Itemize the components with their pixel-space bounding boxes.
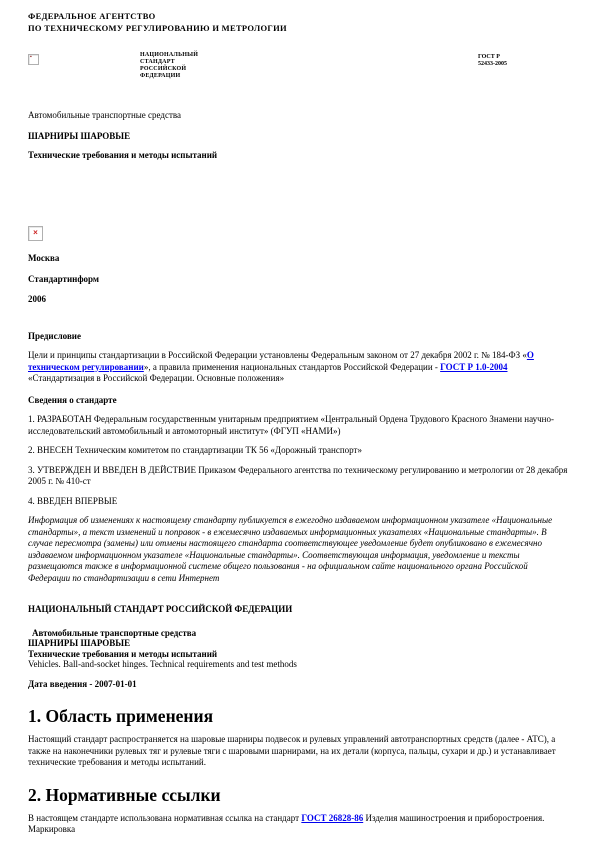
gost-code-line2: 52433-2005: [478, 61, 507, 68]
national-standard-line: ФЕДЕРАЦИИ: [140, 73, 198, 80]
standard-info-item-4: 4. ВВЕДЕН ВПЕРВЫЕ: [28, 496, 571, 508]
imprint-year: 2006: [28, 294, 571, 306]
agency-line2: ПО ТЕХНИЧЕСКОМУ РЕГУЛИРОВАНИЮ И МЕТРОЛОГ…: [28, 22, 571, 34]
national-standard-line: СТАНДАРТ: [140, 59, 198, 66]
broken-image-dot-icon: ▪: [30, 56, 34, 60]
cover-title: ШАРНИРЫ ШАРОВЫЕ: [28, 131, 571, 143]
agency-line1: ФЕДЕРАЛЬНОЕ АГЕНТСТВО: [28, 10, 571, 22]
standard-subject: Автомобильные транспортные средства: [28, 628, 571, 639]
cover-subject: Автомобильные транспортные средства: [28, 110, 571, 122]
cover-subtitle: Технические требования и методы испытани…: [28, 150, 571, 162]
amendments-note: Информация об изменениях к настоящему ст…: [28, 515, 571, 584]
broken-image-icon: ×: [28, 226, 43, 241]
gost-code-line1: ГОСТ Р: [478, 54, 507, 61]
link-gost-r-1-0-2004[interactable]: ГОСТ Р 1.0-2004: [440, 362, 507, 372]
standard-info-item-3: 3. УТВЕРЖДЕН И ВВЕДЕН В ДЕЙСТВИЕ Приказо…: [28, 465, 571, 488]
broken-image-x-icon: ×: [29, 228, 42, 238]
imprint-icon-row: ×: [28, 226, 571, 245]
section-2-heading: 2. Нормативные ссылки: [28, 785, 571, 805]
link-gost-26828-86[interactable]: ГОСТ 26828-86: [301, 813, 363, 823]
foreword-paragraph: Цели и принципы стандартизации в Российс…: [28, 350, 571, 385]
foreword-text-2: », а правила применения национальных ста…: [144, 362, 440, 372]
standard-title: ШАРНИРЫ ШАРОВЫЕ: [28, 638, 571, 649]
section-2-text-1: В настоящем стандарте использована норма…: [28, 813, 301, 823]
foreword-text-1: Цели и принципы стандартизации в Российс…: [28, 350, 527, 360]
foreword-heading: Предисловие: [28, 331, 571, 343]
agency-name: ФЕДЕРАЛЬНОЕ АГЕНТСТВО ПО ТЕХНИЧЕСКОМУ РЕ…: [28, 10, 571, 34]
foreword-text-3: «Стандартизация в Российской Федерации. …: [28, 373, 284, 383]
imprint-publisher: Стандартинформ: [28, 274, 571, 286]
effective-date: Дата введения - 2007-01-01: [28, 679, 571, 691]
document-page: ФЕДЕРАЛЬНОЕ АГЕНТСТВО ПО ТЕХНИЧЕСКОМУ РЕ…: [0, 0, 595, 842]
section-1-heading: 1. Область применения: [28, 706, 571, 726]
standard-info-item-1: 1. РАЗРАБОТАН Федеральным государственны…: [28, 414, 571, 437]
section-1-body: Настоящий стандарт распространяется на ш…: [28, 734, 571, 769]
standard-subtitle: Технические требования и методы испытани…: [28, 649, 571, 660]
gost-code: ГОСТ Р 52433-2005: [478, 54, 507, 68]
section-2-body: В настоящем стандарте использована норма…: [28, 813, 571, 836]
standard-title-block: Автомобильные транспортные средства ШАРН…: [28, 628, 571, 670]
standard-title-en: Vehicles. Ball-and-socket hinges. Techni…: [28, 659, 571, 670]
broken-image-icon: ▪: [28, 54, 39, 65]
standard-header-row: ▪ НАЦИОНАЛЬНЫЙ СТАНДАРТ РОССИЙСКОЙ ФЕДЕР…: [28, 46, 571, 98]
standard-info-item-2: 2. ВНЕСЕН Техническим комитетом по станд…: [28, 445, 571, 457]
national-standard-label: НАЦИОНАЛЬНЫЙ СТАНДАРТ РОССИЙСКОЙ ФЕДЕРАЦ…: [140, 52, 198, 80]
standard-info-heading: Сведения о стандарте: [28, 395, 571, 407]
imprint-block: Москва Стандартинформ 2006: [28, 253, 571, 306]
national-standard-line: НАЦИОНАЛЬНЫЙ: [140, 52, 198, 59]
national-standard-line: РОССИЙСКОЙ: [140, 66, 198, 73]
national-standard-heading: НАЦИОНАЛЬНЫЙ СТАНДАРТ РОССИЙСКОЙ ФЕДЕРАЦ…: [28, 604, 571, 616]
imprint-city: Москва: [28, 253, 571, 265]
